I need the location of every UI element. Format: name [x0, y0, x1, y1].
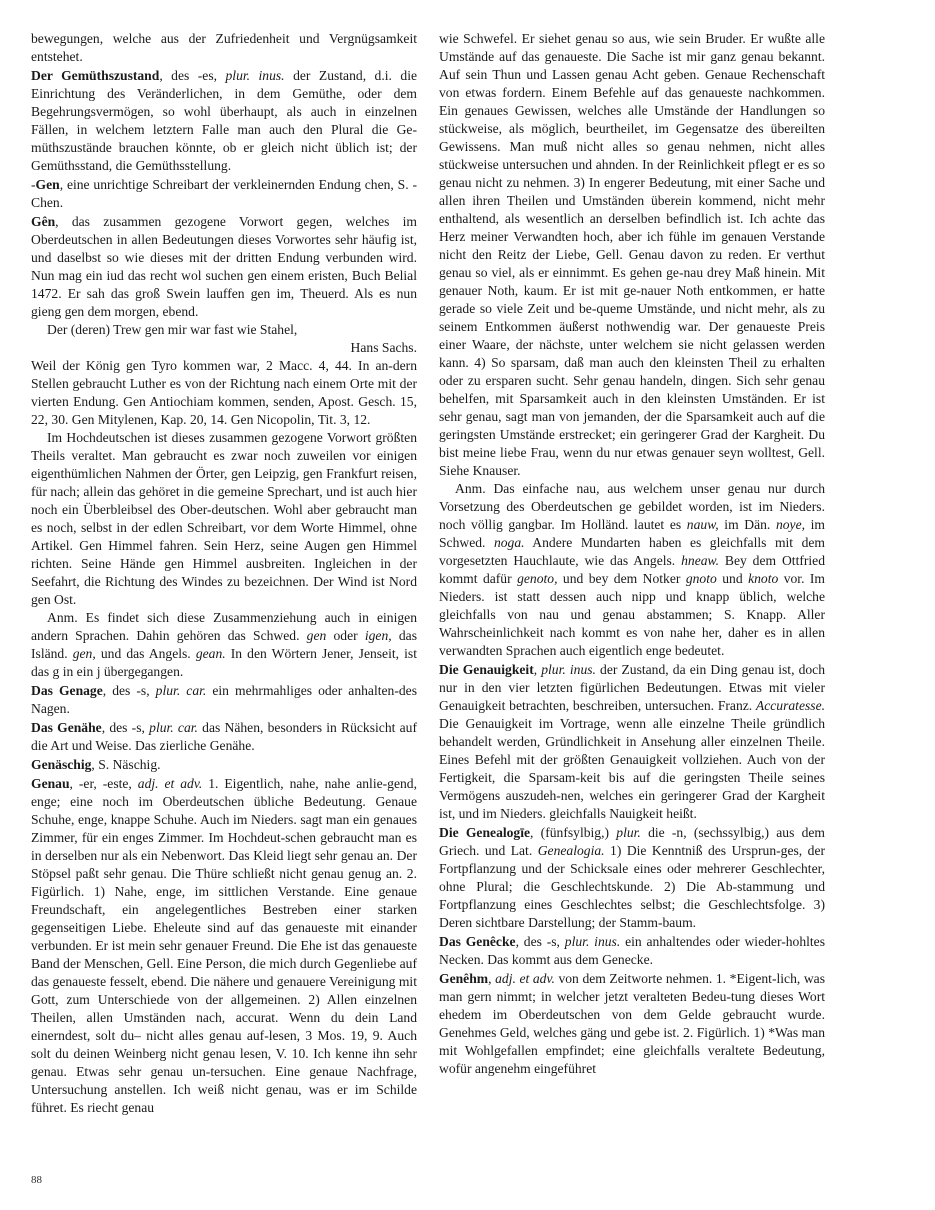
text-run: der Zustand, d.i. die Einrichtung des Ve… [31, 68, 417, 173]
headword: Die Genauigkeit [439, 662, 534, 677]
italic-term: genoto, [517, 571, 557, 586]
italic-term: Genealogia. [538, 843, 605, 858]
headword: Der Gemüthszustand [31, 68, 159, 83]
dictionary-entry: Die Genauigkeit, plur. inus. der Zustand… [439, 661, 825, 823]
paragraph: wie Schwefel. Er siehet genau so aus, wi… [439, 30, 825, 480]
italic-term: gen, [73, 646, 96, 661]
text-run: 1. Eigentlich, nahe, nahe anlie-gend, en… [31, 776, 417, 1115]
dictionary-entry: Der Gemüthszustand, des -es, plur. inus.… [31, 67, 417, 175]
text-run: , des -s, [103, 683, 156, 698]
text-run: , des -s, [516, 934, 565, 949]
dictionary-entry: Das Genähe, des -s, plur. car. das Nähen… [31, 719, 417, 755]
paragraph: Weil der König gen Tyro kommen war, 2 Ma… [31, 357, 417, 429]
text-run: von dem Zeitworte nehmen. 1. *Eigent-lic… [439, 971, 825, 1076]
text-run: , S. Näschig. [91, 757, 160, 772]
italic-term: noye, [776, 517, 805, 532]
right-column: wie Schwefel. Er siehet genau so aus, wi… [439, 30, 825, 1078]
dictionary-page: bewegungen, welche aus der Zufriedenheit… [0, 0, 935, 1210]
italic-term: igen, [365, 628, 392, 643]
paragraph: Anm. Es findet sich diese Zusammenziehun… [31, 609, 417, 681]
italic-term: noga. [494, 535, 525, 550]
paragraph: Hans Sachs. [31, 339, 417, 357]
italic-term: plur. [616, 825, 641, 840]
text-run: Hans Sachs. [351, 340, 417, 355]
text-run: und bey dem Notker [557, 571, 685, 586]
paragraph: Der (deren) Trew gen mir war fast wie St… [31, 321, 417, 339]
italic-term: Accuratesse. [756, 698, 825, 713]
left-column: bewegungen, welche aus der Zufriedenheit… [31, 30, 417, 1117]
italic-term: plur. inus. [226, 68, 285, 83]
italic-term: gen [307, 628, 327, 643]
headword: Das Genage [31, 683, 103, 698]
italic-term: nauw, [687, 517, 719, 532]
text-run: , (fünfsylbig,) [530, 825, 616, 840]
italic-term: gnoto [686, 571, 717, 586]
italic-term: plur. inus. [565, 934, 620, 949]
italic-term: adj. et adv. [138, 776, 203, 791]
text-run: oder [326, 628, 365, 643]
paragraph: Anm. Das einfache nau, aus welchem unser… [439, 480, 825, 660]
text-run: , eine unrichtige Schreibart der verklei… [31, 177, 417, 210]
dictionary-entry: -Gen, eine unrichtige Schreibart der ver… [31, 176, 417, 212]
text-run: Die Genauigkeit im Vortrage, wenn alle e… [439, 716, 825, 821]
text-run: , des -s, [102, 720, 149, 735]
headword: Genäschig [31, 757, 91, 772]
text-run: Im Hochdeutschen ist dieses zusammen gez… [31, 430, 417, 607]
text-run: , des -es, [159, 68, 225, 83]
headword: Die Genealogīe [439, 825, 530, 840]
italic-term: plur. inus. [541, 662, 596, 677]
text-run: Der (deren) Trew gen mir war fast wie St… [47, 322, 297, 337]
dictionary-entry: Das Genêcke, des -s, plur. inus. ein anh… [439, 933, 825, 969]
paragraph: Im Hochdeutschen ist dieses zusammen gez… [31, 429, 417, 609]
headword: Das Genêcke [439, 934, 516, 949]
text-run: Weil der König gen Tyro kommen war, 2 Ma… [31, 358, 417, 427]
italic-term: adj. et adv. [495, 971, 555, 986]
headword: Genêhm [439, 971, 488, 986]
headword: Das Genähe [31, 720, 102, 735]
text-run: im Dän. [719, 517, 776, 532]
dictionary-entry: Genäschig, S. Näschig. [31, 756, 417, 774]
italic-term: gean. [196, 646, 226, 661]
italic-term: plur. car. [149, 720, 198, 735]
dictionary-entry: Die Genealogīe, (fünfsylbig,) plur. die … [439, 824, 825, 932]
dictionary-entry: Genau, -er, -este, adj. et adv. 1. Eigen… [31, 775, 417, 1117]
text-run: und das Angels. [96, 646, 196, 661]
paragraph: bewegungen, welche aus der Zufriedenheit… [31, 30, 417, 66]
text-run: wie Schwefel. Er siehet genau so aus, wi… [439, 31, 825, 478]
italic-term: hneaw. [681, 553, 719, 568]
text-run: , das zusammen gezogene Vorwort gegen, w… [31, 214, 417, 319]
page-number: 88 [31, 1174, 42, 1186]
dictionary-entry: Genêhm, adj. et adv. von dem Zeitworte n… [439, 970, 825, 1078]
dictionary-entry: Das Genage, des -s, plur. car. ein mehrm… [31, 682, 417, 718]
italic-term: knoto [748, 571, 778, 586]
text-run: , -er, -este, [70, 776, 138, 791]
headword: Gên [31, 214, 55, 229]
headword: Genau [31, 776, 70, 791]
italic-term: plur. car. [156, 683, 207, 698]
text-run: und [717, 571, 748, 586]
headword: Gen [36, 177, 60, 192]
dictionary-entry: Gên, das zusammen gezogene Vorwort gegen… [31, 213, 417, 321]
text-run: bewegungen, welche aus der Zufriedenheit… [31, 31, 417, 64]
